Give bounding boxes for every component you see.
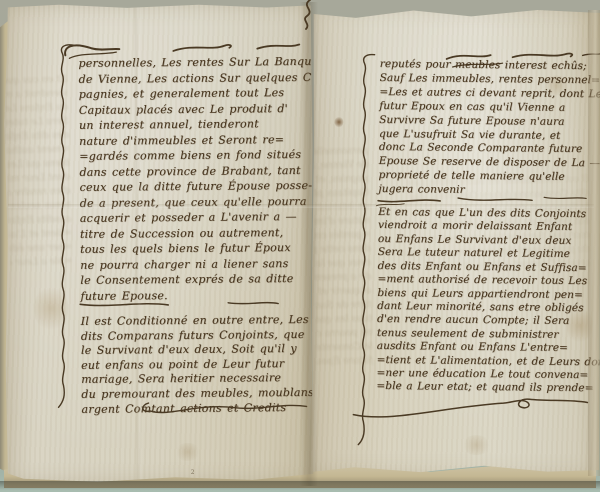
bleedthrough-line: =ble a Leur etat; et quand ils prende= (10, 254, 72, 270)
manuscript-line: Capitaux placés avec Le produit d' (79, 100, 311, 118)
bleedthrough-line: tenus seulement de subministrer (9, 199, 71, 215)
bleedthrough-line: ne pourra charger ni a liener sans (316, 326, 372, 341)
table-shadow (0, 481, 600, 490)
page-mark: 2 (191, 469, 196, 476)
manuscript-line: argent Comtant actions et Credits (81, 400, 313, 417)
manuscript-line: du premourant des meubles, moublans (81, 386, 313, 403)
bleedthrough-line: acquerir et posseder a L'avenir a — (315, 284, 371, 299)
bleedthrough-line: des dits Enfant ou Enfans et Suffisa= (7, 129, 69, 145)
bleedthrough-line: ceux que la ditte future Épouse posse- (315, 256, 371, 271)
bleedthrough-line: =ner une éducation Le tout convena= (10, 240, 72, 256)
manuscript-line: tous les quels biens le futur Époux (80, 240, 312, 258)
bleedthrough-line: ou Enfans Le Survivant d'eux deux (6, 101, 68, 117)
manuscript-line: personnelles, Les rentes Sur La Banque (78, 54, 310, 72)
bleedthrough-line: dans cette province de Brabant, tant (314, 242, 370, 257)
margin-brace-stroke (355, 53, 378, 449)
paragraph: Et en cas que L'un des dits Conjointsvie… (376, 206, 594, 396)
bleedthrough-line: de a present, que ceux qu'elle pourra (315, 270, 371, 285)
bleedthrough-line: biens qui Leurs appartiendront pen= (7, 157, 69, 173)
bleedthrough-line: titre de Succession ou autrement, (316, 298, 372, 313)
paragraph: personnelles, Les rentes Sur La Banquede… (78, 54, 312, 304)
bleedthrough-line: un interest annuel, tienderont (313, 200, 369, 215)
margin-brace-stroke (55, 43, 78, 411)
manuscript-line: future Epouse. (80, 286, 312, 304)
bleedthrough-line: =ment authorisé de recevoir tous Les (7, 143, 69, 159)
paragraph: Il est Conditionné en outre entre, Lesdi… (81, 313, 314, 417)
stain (461, 435, 491, 455)
bleedthrough-line: pagnies, et generalement tout Les (313, 172, 369, 187)
bleedthrough-line: le Consentement exprés de sa ditte (317, 340, 373, 355)
bleedthrough-line: viendroit a morir delaissant Enfant (5, 87, 67, 103)
manuscript-photograph: Et en cas que L'un des dits Conjointsvie… (0, 0, 600, 492)
bleedthrough-line: Sera Le tuteur naturel et Legitime (6, 115, 68, 131)
foxing-spot (334, 117, 343, 128)
bottom-flourish (351, 395, 593, 424)
bleedthrough-line: nature d'immeubles et Seront re= (314, 214, 370, 229)
manuscript-line: pagnies, et generalement tout Les (79, 85, 311, 103)
manuscript-line: le Consentement exprés de sa ditte (80, 271, 312, 289)
bleedthrough-line: =gardés comme biens en fond situés (314, 228, 370, 243)
stain (175, 443, 201, 461)
bleedthrough-line: tous les quels biens le futur Époux (316, 312, 372, 327)
manuscript-text-left: personnelles, Les rentes Sur La Banquede… (78, 54, 313, 417)
bleedthrough-line: Capitaux placés avec Le produit d' (313, 186, 369, 201)
manuscript-line: =gardés comme biens en fond situés (79, 147, 311, 165)
bleedthrough-line: de Vienne, Les actions Sur quelques Com= (312, 158, 368, 173)
bleedthrough-line: personnelles, Les rentes Sur La Banque (312, 144, 368, 159)
manuscript-text-right: reputés pour meubles interest echûs;Sauf… (376, 58, 596, 396)
bleedthrough-line: d'en rendre aucun Compte; il Sera (8, 185, 70, 201)
manuscript-line: acquerir et posseder a L'avenir a — (80, 209, 312, 227)
bleedthrough-line: Et en cas que L'un des dits Conjoints (5, 73, 67, 89)
bleedthrough-text: Et en cas que L'un des dits Conjointsvie… (5, 73, 77, 415)
stain (34, 283, 68, 333)
bleedthrough-line: =tient et L'alimentation, et de Leurs do… (10, 226, 72, 242)
paragraph: reputés pour meubles interest echûs;Sauf… (378, 58, 595, 199)
manuscript-line: Il est Conditionné en outre entre, Les (81, 313, 313, 330)
manuscript-page-right: personnelles, Les rentes Sur La Banquede… (311, 4, 600, 477)
manuscript-line: ceux que la ditte future Épouse posse- (79, 178, 311, 196)
manuscript-line: jugera convenir (378, 183, 594, 199)
bleedthrough-line: dant Leur minorité, sans etre obligés (8, 171, 70, 187)
bleedthrough-text: personnelles, Les rentes Sur La Banquede… (312, 144, 375, 465)
bleedthrough-line: ausdits Enfant ou Enfans L'entre= (9, 213, 71, 229)
manuscript-line: =ble a Leur etat; et quand ils prende= (376, 380, 592, 396)
bleedthrough-line: future Epouse. (317, 354, 373, 369)
manuscript-page-left: Et en cas que L'un des dits Conjointsvie… (3, 2, 315, 485)
